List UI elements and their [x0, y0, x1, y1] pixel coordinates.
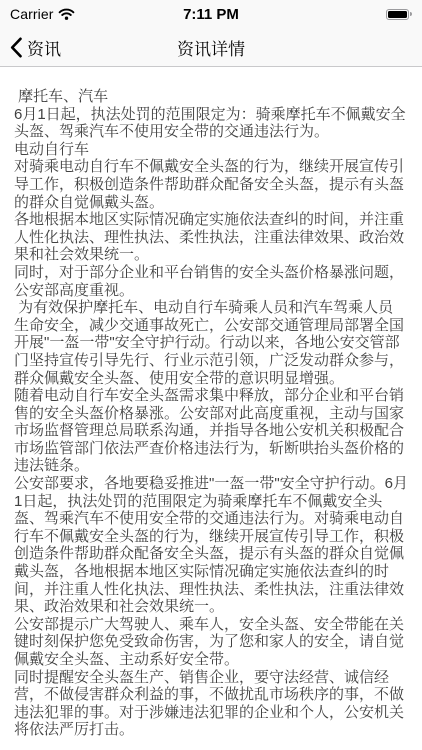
status-bar-right — [386, 9, 412, 20]
header: Carrier 7:11 PM — [0, 0, 422, 67]
status-bar-left: Carrier — [10, 6, 75, 22]
article-paragraph: 同时提醒安全头盔生产、销售企业，要守法经营、诚信经营，不做侵害群众利益的事，不做… — [14, 669, 408, 739]
article-content: 摩托车、汽车 6月1日起，执法处罚的范围限定为：骑乘摩托车不佩戴安全头盔、驾乘汽… — [0, 67, 422, 750]
battery-icon — [386, 9, 412, 20]
wifi-icon — [58, 8, 75, 20]
back-button[interactable]: 资讯 — [10, 28, 61, 66]
article-paragraph: 电动自行车 — [14, 141, 408, 159]
article-paragraph: 摩托车、汽车 — [14, 88, 408, 106]
carrier-label: Carrier — [10, 6, 53, 22]
article-paragraph: 对骑乘电动自行车不佩戴安全头盔的行为，继续开展宣传引导工作，积极创造条件帮助群众… — [14, 158, 408, 211]
article-paragraph: 为有效保护摩托车、电动自行车骑乘人员和汽车驾乘人员生命安全，减少交通事故死亡，公… — [14, 299, 408, 387]
article-paragraph: 6月1日起，执法处罚的范围限定为：骑乘摩托车不佩戴安全头盔、驾乘汽车不使用安全带… — [14, 106, 408, 141]
app-screen: Carrier 7:11 PM — [0, 0, 422, 750]
article-paragraph: 公安部提示广大驾驶人、乘车人，安全头盔、安全带能在关键时刻保护您免受致命伤害，为… — [14, 616, 408, 669]
article-paragraph: 随着电动自行车安全头盔需求集中释放，部分企业和平台销售的安全头盔价格暴涨。公安部… — [14, 387, 408, 475]
page-title: 资讯详情 — [177, 35, 245, 60]
chevron-left-icon — [10, 37, 22, 58]
nav-bar: 资讯 资讯详情 — [0, 28, 422, 66]
article-paragraph: 各地根据本地区实际情况确定实施依法查纠的时间，并注重人性化执法、理性执法、柔性执… — [14, 211, 408, 264]
status-bar: Carrier 7:11 PM — [0, 0, 422, 28]
article-paragraph: 同时，对于部分企业和平台销售的安全头盔价格暴涨问题，公安部高度重视。 — [14, 264, 408, 299]
back-label: 资讯 — [27, 35, 61, 60]
article-paragraph: 公安部要求，各地要稳妥推进"一盔一带"安全守护行动。6月1日起，执法处罚的范围限… — [14, 475, 408, 616]
